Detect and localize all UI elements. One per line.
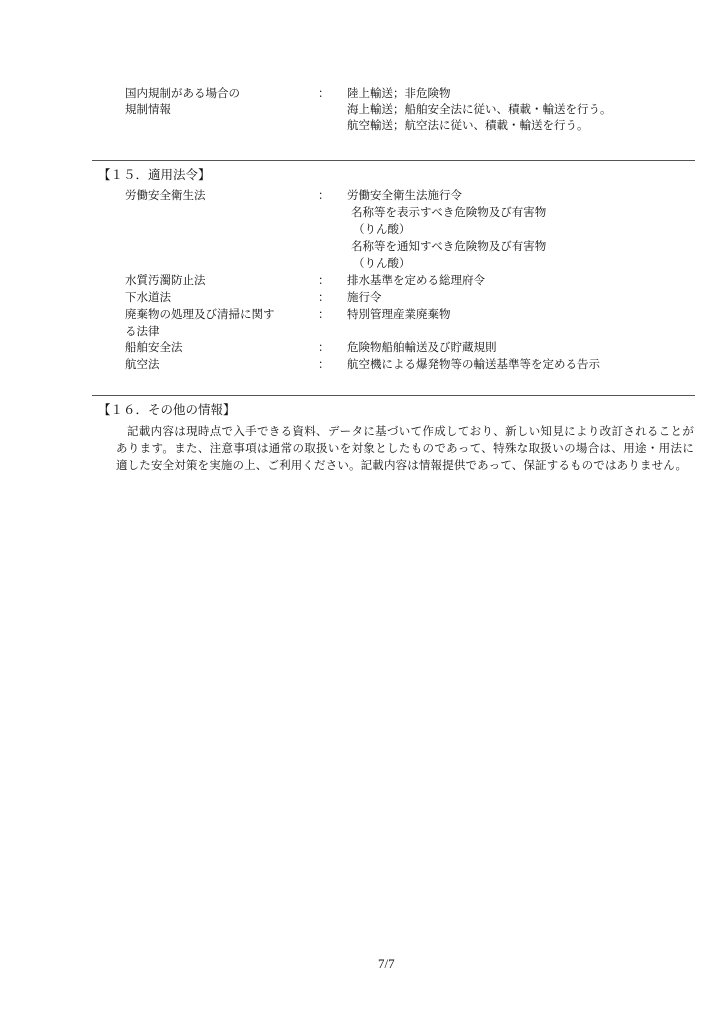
colon: ： xyxy=(318,86,330,101)
law-value: 排水基準を定める総理府令 xyxy=(347,273,485,288)
colon: ： xyxy=(318,357,330,372)
law-label: 航空法 xyxy=(125,357,160,372)
colon: ： xyxy=(318,340,330,355)
law-value: 労働安全衛生法施行令 xyxy=(347,188,462,203)
law-value: （りん酸） xyxy=(353,222,411,237)
law-value: 施行令 xyxy=(347,290,382,305)
land-transport-value: 陸上輸送；非危険物 xyxy=(347,86,451,101)
section-divider xyxy=(92,395,695,396)
law-label: 水質汚濁防止法 xyxy=(125,273,206,288)
law-value: （りん酸） xyxy=(353,256,411,271)
domestic-regulation-label-line1: 国内規制がある場合の xyxy=(125,86,240,101)
law-value: 名称等を表示すべき危険物及び有害物 xyxy=(351,205,546,220)
law-value: 危険物船舶輸送及び貯蔵規則 xyxy=(347,340,497,355)
section-16-heading: 【１６．その他の情報】 xyxy=(98,402,236,418)
law-label-continued: る法律 xyxy=(125,324,160,339)
law-label: 廃棄物の処理及び清掃に関す xyxy=(125,307,275,322)
law-value: 航空機による爆発物等の輸送基準等を定める告示 xyxy=(347,357,600,372)
colon: ： xyxy=(318,188,330,203)
domestic-regulation-label-line2: 規制情報 xyxy=(125,102,171,117)
other-info-paragraph: 記載内容は現時点で入手できる資料、データに基づいて作成しており、新しい知見により… xyxy=(116,423,694,474)
air-transport-value: 航空輸送；航空法に従い、積載・輸送を行う。 xyxy=(347,118,589,133)
document-page: 国内規制がある場合の ： 陸上輸送；非危険物 規制情報 海上輸送；船舶安全法に従… xyxy=(0,0,722,1024)
section-divider xyxy=(92,160,695,161)
page-number: 7/7 xyxy=(378,956,395,972)
law-value: 特別管理産業廃棄物 xyxy=(347,307,451,322)
section-15-heading: 【１５．適用法令】 xyxy=(98,167,211,183)
law-value: 名称等を通知すべき危険物及び有害物 xyxy=(351,239,546,254)
law-label: 労働安全衛生法 xyxy=(125,188,206,203)
colon: ： xyxy=(318,273,330,288)
law-label: 船舶安全法 xyxy=(125,340,183,355)
colon: ： xyxy=(318,307,330,322)
law-label: 下水道法 xyxy=(125,290,171,305)
colon: ： xyxy=(318,290,330,305)
sea-transport-value: 海上輸送；船舶安全法に従い、積載・輸送を行う。 xyxy=(347,102,612,117)
